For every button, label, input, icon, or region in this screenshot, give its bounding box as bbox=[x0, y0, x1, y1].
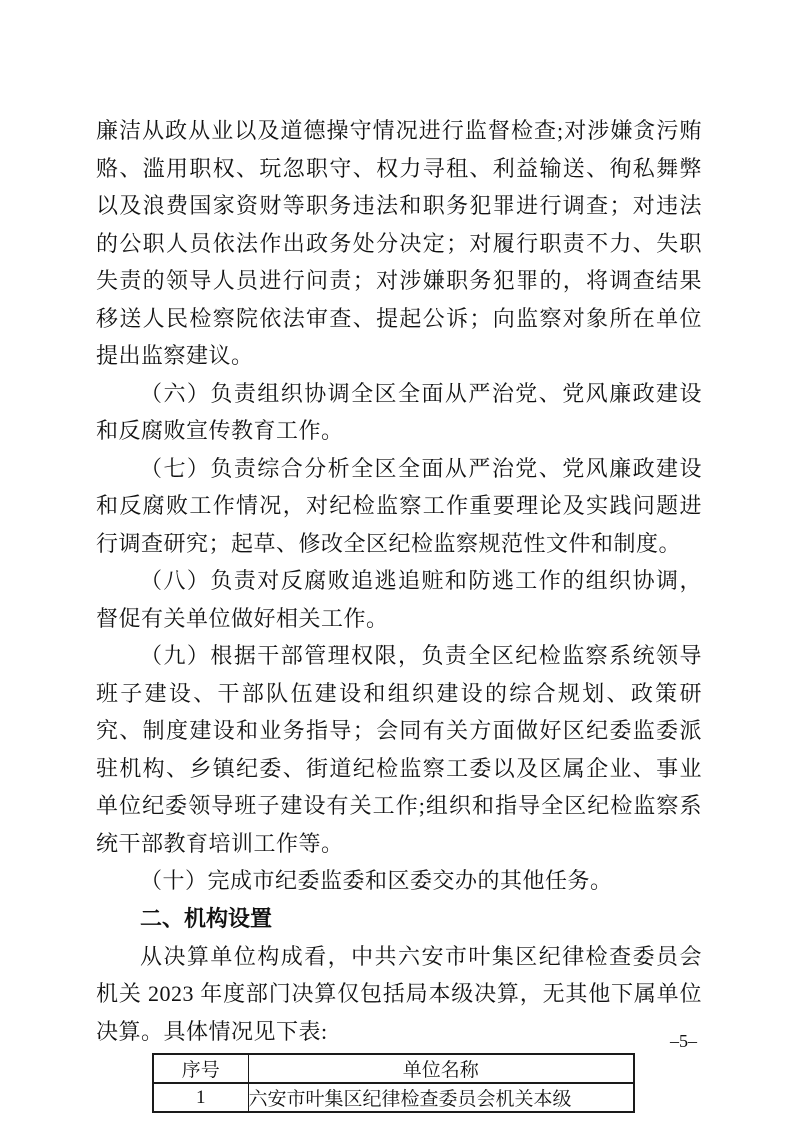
paragraph-item-6: （六）负责组织协调全区全面从严治党、党风廉政建设和反腐败宣传教育工作。 bbox=[96, 375, 702, 450]
paragraph-item-8: （八）负责对反腐败追逃追赃和防逃工作的组织协调，督促有关单位做好相关工作。 bbox=[96, 562, 702, 637]
document-page: 廉洁从政从业以及道德操守情况进行监督检查;对涉嫌贪污贿赂、滥用职权、玩忽职守、权… bbox=[0, 0, 793, 1122]
paragraph-item-7: （七）负责综合分析全区全面从严治党、党风廉政建设和反腐败工作情况，对纪检监察工作… bbox=[96, 450, 702, 563]
table-header-serial-number: 序号 bbox=[153, 1054, 248, 1083]
table-header-unit-name: 单位名称 bbox=[248, 1054, 634, 1083]
page-number: –5– bbox=[670, 1029, 697, 1053]
table-header-row: 序号 单位名称 bbox=[153, 1054, 634, 1083]
table-row: 1 六安市叶集区纪律检查委员会机关本级 bbox=[153, 1083, 634, 1112]
paragraph-item-9: （九）根据干部管理权限，负责全区纪检监察系统领导班子建设、干部队伍建设和组织建设… bbox=[96, 637, 702, 862]
unit-table: 序号 单位名称 1 六安市叶集区纪律检查委员会机关本级 bbox=[152, 1053, 635, 1113]
paragraph-item-10: （十）完成市纪委监委和区委交办的其他任务。 bbox=[96, 862, 702, 900]
serial-number-cell: 1 bbox=[153, 1083, 248, 1112]
paragraph-duties-continued: 廉洁从政从业以及道德操守情况进行监督检查;对涉嫌贪污贿赂、滥用职权、玩忽职守、权… bbox=[96, 112, 702, 375]
unit-name-cell: 六安市叶集区纪律检查委员会机关本级 bbox=[248, 1083, 634, 1112]
document-content: 廉洁从政从业以及道德操守情况进行监督检查;对涉嫌贪污贿赂、滥用职权、玩忽职守、权… bbox=[96, 112, 702, 1113]
section-heading-organization-setup: 二、机构设置 bbox=[96, 900, 702, 938]
paragraph-budget-unit-intro: 从决算单位构成看，中共六安市叶集区纪律检查委员会机关 2023 年度部门决算仅包… bbox=[96, 938, 702, 1051]
